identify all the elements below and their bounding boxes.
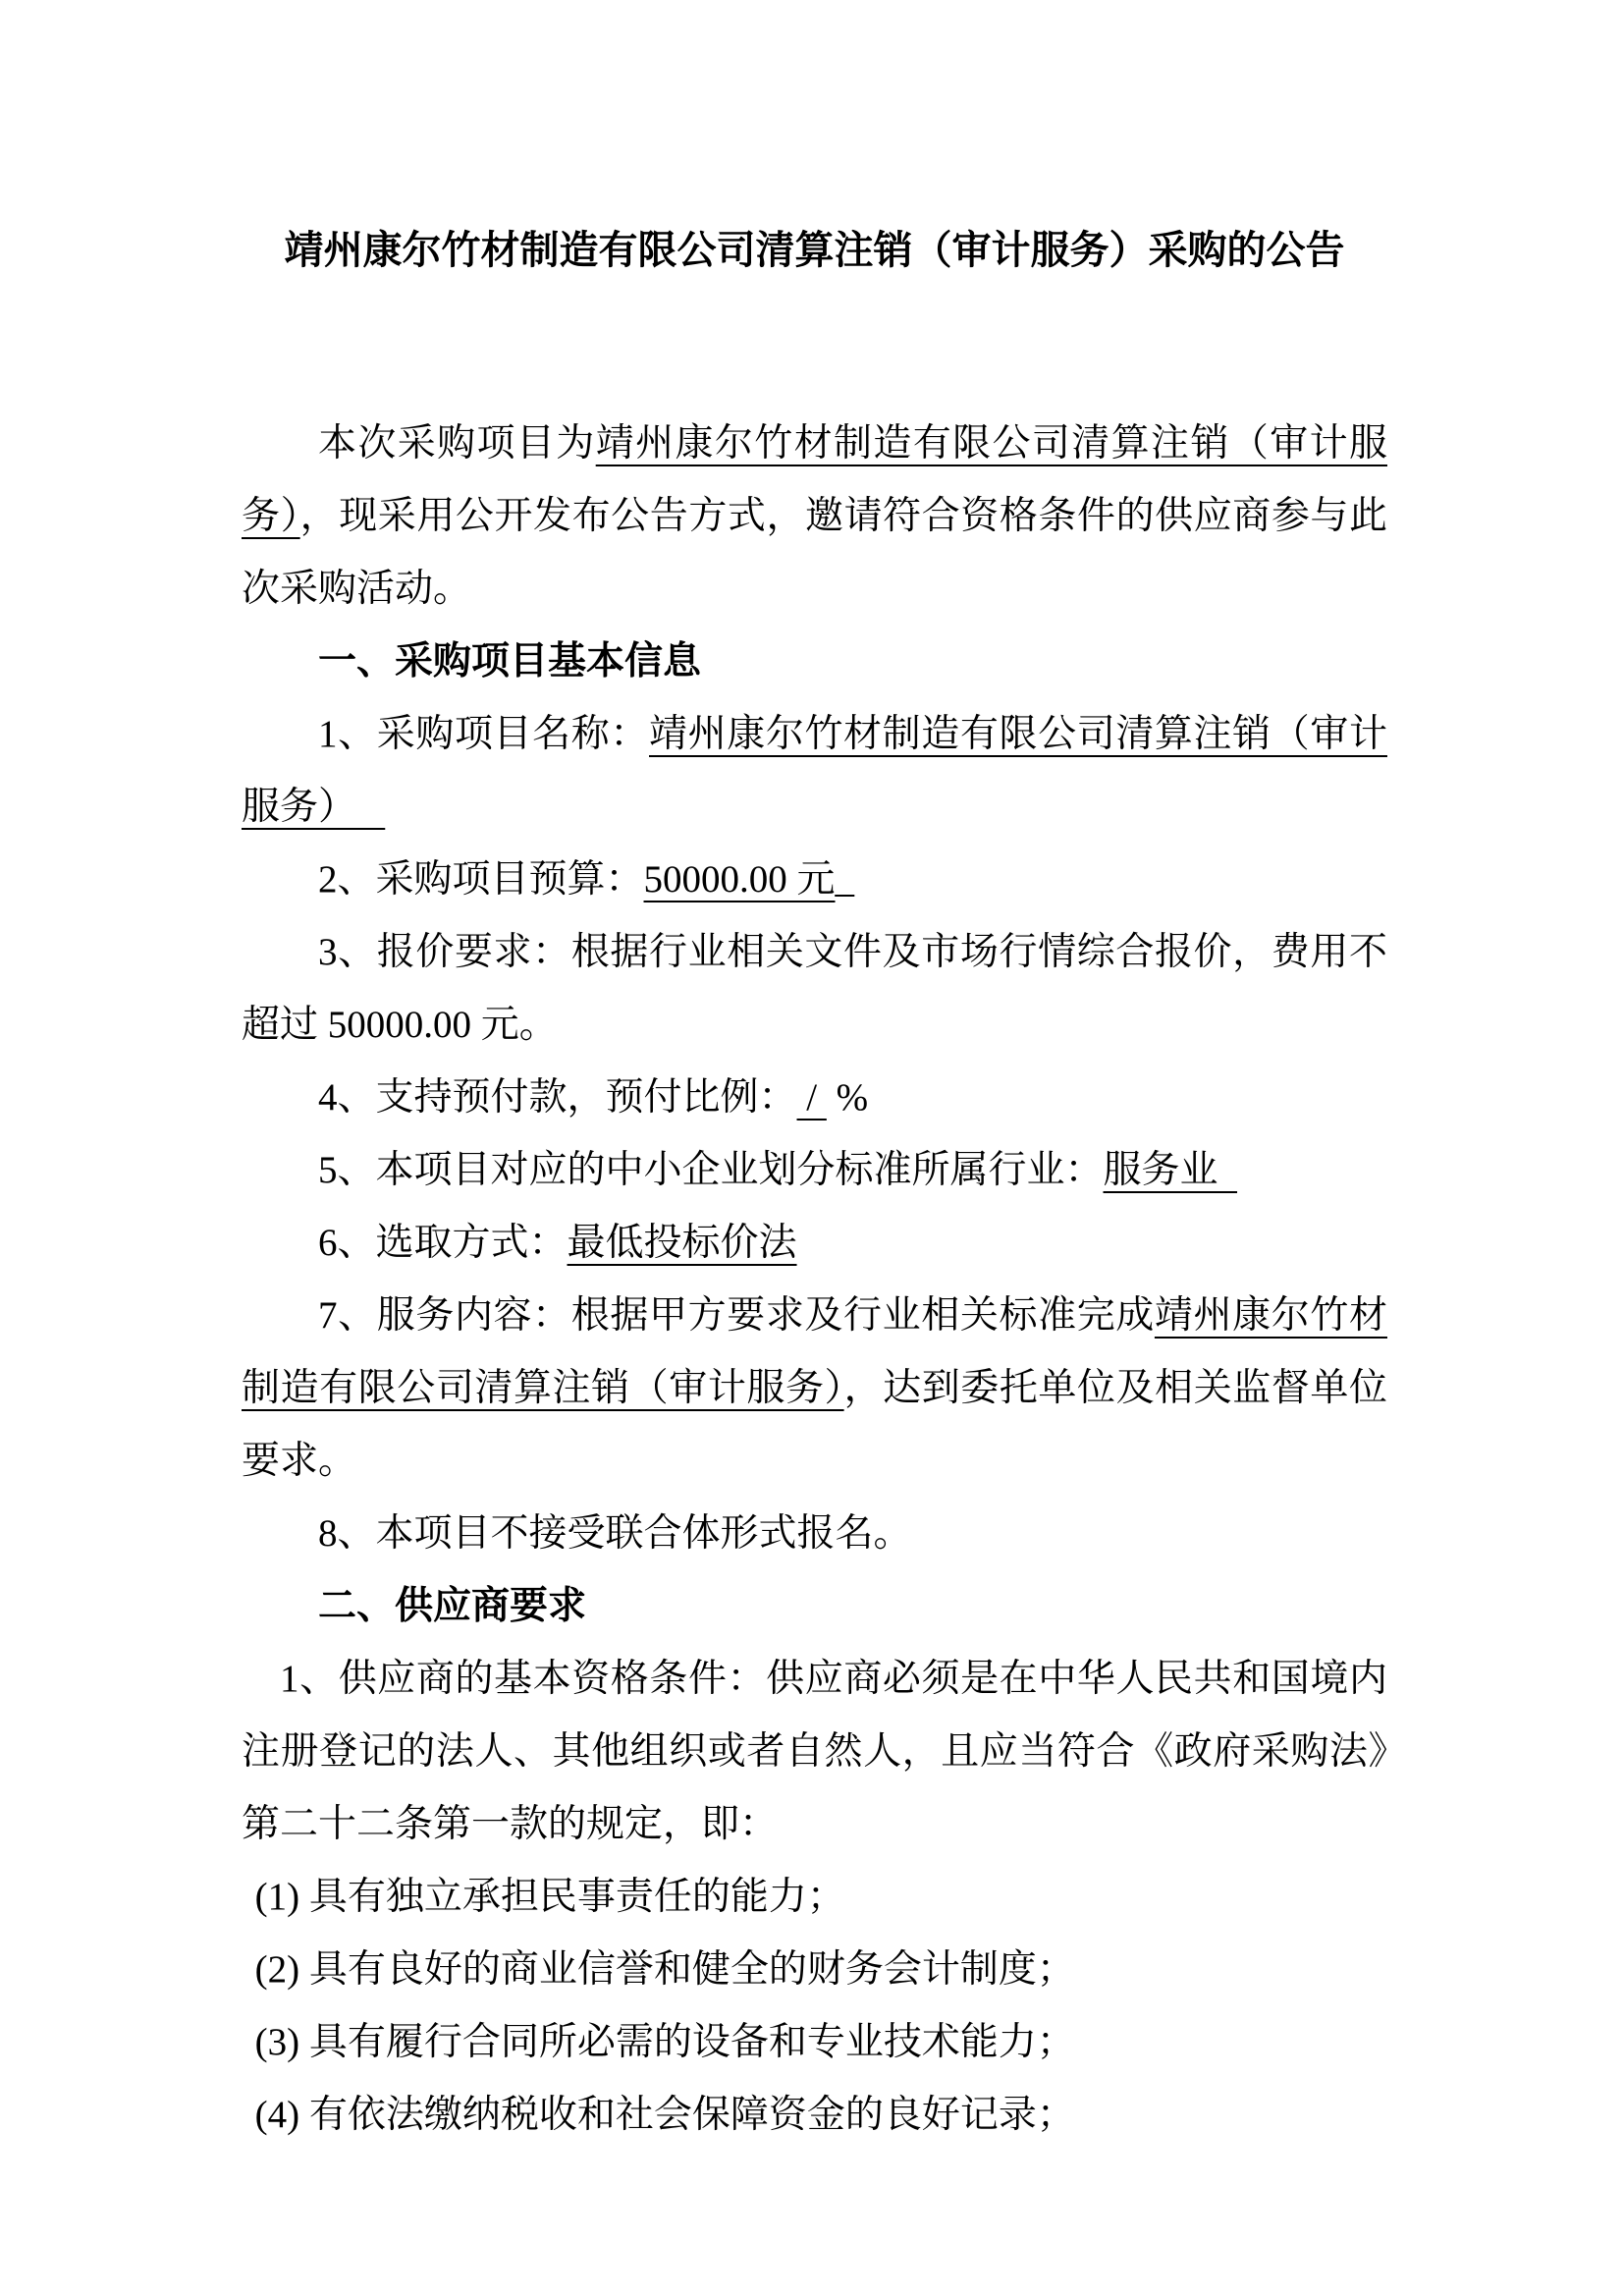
item7-text-pre: 7、服务内容：根据甲方要求及行业相关标准完成 xyxy=(318,1294,1155,1337)
item4-value: / xyxy=(797,1076,827,1119)
item-industry-category: 5、本项目对应的中小企业划分标准所属行业：服务业 xyxy=(242,1134,1387,1207)
item-project-name: 1、采购项目名称：靖州康尔竹材制造有限公司清算注销（审计服务） xyxy=(242,698,1387,844)
intro-paragraph: 本次采购项目为靖州康尔竹材制造有限公司清算注销（审计服务），现采用公开发布公告方… xyxy=(242,408,1387,626)
document-title: 靖州康尔竹材制造有限公司清算注销（审计服务）采购的公告 xyxy=(242,221,1387,280)
item-service-content: 7、服务内容：根据甲方要求及行业相关标准完成靖州康尔竹材制造有限公司清算注销（审… xyxy=(242,1280,1387,1498)
item-prepayment: 4、支持预付款，预付比例： / % xyxy=(242,1062,1387,1134)
intro-text-post: ，现采用公开发布公告方式，邀请符合资格条件的供应商参与此次采购活动。 xyxy=(242,495,1387,610)
section2-heading: 二、供应商要求 xyxy=(242,1570,1387,1643)
item6-value: 最低投标价法 xyxy=(568,1222,797,1264)
item2-value: 50000.00 元 xyxy=(644,858,836,901)
condition-civil-liability: (1) 具有独立承担民事责任的能力； xyxy=(242,1861,1387,1934)
procurement-announcement-page: 靖州康尔竹材制造有限公司清算注销（审计服务）采购的公告 本次采购项目为靖州康尔竹… xyxy=(0,0,1623,2296)
section2-item1-text: 1、供应商的基本资格条件：供应商必须是在中华人民共和国境内注册登记的法人、其他组… xyxy=(242,1658,1387,1845)
section1-heading: 一、采购项目基本信息 xyxy=(242,626,1387,698)
condition-equipment-capability: (3) 具有履行合同所必需的设备和专业技术能力； xyxy=(242,2006,1387,2079)
item4-label: 4、支持预付款，预付比例： xyxy=(318,1076,797,1119)
item5-value: 服务业 xyxy=(1104,1149,1238,1191)
intro-text-pre: 本次采购项目为 xyxy=(318,422,596,465)
item-budget: 2、采购项目预算：50000.00 元_ xyxy=(242,844,1387,916)
item6-label: 6、选取方式： xyxy=(318,1222,568,1264)
item-selection-method: 6、选取方式：最低投标价法 xyxy=(242,1207,1387,1280)
condition-business-reputation: (2) 具有良好的商业信誉和健全的财务会计制度； xyxy=(242,1934,1387,2006)
item-quote-requirement: 3、报价要求：根据行业相关文件及市场行情综合报价，费用不超过 50000.00 … xyxy=(242,916,1387,1062)
item2-label: 2、采购项目预算： xyxy=(318,858,644,901)
item8-text: 8、本项目不接受联合体形式报名。 xyxy=(318,1512,912,1555)
condition-tax-social-security: (4) 有依法缴纳税收和社会保障资金的良好记录； xyxy=(242,2079,1387,2152)
item-no-consortium: 8、本项目不接受联合体形式报名。 xyxy=(242,1498,1387,1570)
item5-label: 5、本项目对应的中小企业划分标准所属行业： xyxy=(318,1149,1104,1191)
supplier-qualification-paragraph: 1、供应商的基本资格条件：供应商必须是在中华人民共和国境内注册登记的法人、其他组… xyxy=(242,1643,1387,1861)
item4-suffix: % xyxy=(827,1076,868,1119)
item1-label: 1、采购项目名称： xyxy=(318,713,649,755)
item2-suffix: _ xyxy=(836,858,855,901)
item3-text: 3、报价要求：根据行业相关文件及市场行情综合报价，费用不超过 50000.00 … xyxy=(242,931,1387,1046)
